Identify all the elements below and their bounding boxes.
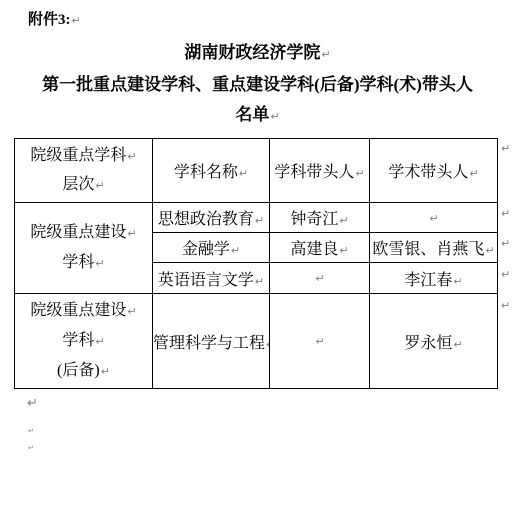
paragraph-mark-icon: ↵ <box>484 244 494 257</box>
title-text: 湖南财政经济学院 <box>184 43 320 62</box>
paragraph-mark-icon: ↵ <box>269 110 279 123</box>
paragraph-mark-icon: ↵ <box>452 275 462 288</box>
document-subtitle: 第一批重点建设学科、重点建设学科(后备)学科(术)带头人 <box>0 73 515 97</box>
table-row: 院级重点建设↵ 学科↵ (后备)↵ 管理科学与工程↵ ↵ 罗永恒↵ <box>15 294 498 389</box>
header-cell-level: 院级重点学科↵ 层次↵ <box>15 139 153 203</box>
subject-leader-cell: 钟奇江↵ <box>270 203 370 233</box>
paragraph-mark-icon: ↵ <box>94 179 104 192</box>
table-row: 院级重点建设↵ 学科↵ 思想政治教育↵ 钟奇江↵ ↵ <box>15 203 498 233</box>
subject-leader-cell: ↵ <box>270 294 370 389</box>
paragraph-mark-icon: ↵ <box>28 445 34 452</box>
paragraph-mark-icon: ↵ <box>452 338 462 351</box>
subject-cell: 金融学↵ <box>153 233 270 263</box>
subject-leader-cell: ↵ <box>270 263 370 294</box>
paragraph-mark-icon: ↵ <box>27 397 38 410</box>
academic-leader-cell: ↵ <box>370 203 498 233</box>
document-subtitle-line2: 名单↵ <box>0 103 515 129</box>
header-level-line2: 层次↵ <box>15 171 152 200</box>
paragraph-mark-icon: ↵ <box>230 244 240 257</box>
document-title: 湖南财政经济学院↵ <box>0 41 515 67</box>
paragraph-mark-icon: ↵ <box>468 167 478 180</box>
end-of-row-mark-icon: ↵ <box>501 208 510 219</box>
paragraph-mark-icon: ↵ <box>238 167 248 180</box>
subtitle-text: 第一批重点建设学科、重点建设学科(后备)学科(术)带头人 <box>42 75 473 94</box>
table-header-row: 院级重点学科↵ 层次↵ 学科名称↵ 学科带头人↵ 学术带头人↵ <box>15 139 498 203</box>
subtitle-line2-text: 名单 <box>235 105 269 124</box>
group1-level-line2: 学科↵ <box>15 248 152 278</box>
paragraph-mark-icon: ↵ <box>254 275 264 288</box>
paragraph-mark-icon: ↵ <box>126 305 136 318</box>
subject-cell: 思想政治教育↵ <box>153 203 270 233</box>
group1-level-cell: 院级重点建设↵ 学科↵ <box>15 203 153 294</box>
group2-level-cell: 院级重点建设↵ 学科↵ (后备)↵ <box>15 294 153 389</box>
paragraph-mark-icon: ↵ <box>94 335 104 348</box>
academic-leader-cell: 罗永恒↵ <box>370 294 498 389</box>
group2-level-line1: 院级重点建设↵ <box>15 296 152 326</box>
paragraph-mark-icon: ↵ <box>428 212 438 225</box>
subject-cell: 管理科学与工程↵ <box>153 294 270 389</box>
end-of-row-mark-icon: ↵ <box>501 238 510 249</box>
paragraph-mark-icon: ↵ <box>354 167 364 180</box>
group2-level-line2: 学科↵ <box>15 326 152 356</box>
group1-level-line1: 院级重点建设↵ <box>15 218 152 248</box>
header-cell-academic-leader: 学术带头人↵ <box>370 139 498 203</box>
paragraph-mark-icon: ↵ <box>314 335 324 348</box>
academic-leader-cell: 欧雪银、肖燕飞↵ <box>370 233 498 263</box>
header-cell-subject: 学科名称↵ <box>153 139 270 203</box>
paragraph-mark-icon: ↵ <box>126 150 136 163</box>
attachment-text: 附件3: <box>28 12 71 28</box>
academic-leader-cell: 李江春↵ <box>370 263 498 294</box>
paragraph-mark-icon: ↵ <box>265 338 269 351</box>
discipline-leaders-table: 院级重点学科↵ 层次↵ 学科名称↵ 学科带头人↵ 学术带头人↵ 院级重点建设↵ … <box>14 138 498 389</box>
end-of-row-mark-icon: ↵ <box>501 143 510 154</box>
subject-cell: 英语语言文学↵ <box>153 263 270 294</box>
paragraph-mark-icon: ↵ <box>28 428 34 435</box>
document-page: 附件3:↵ 湖南财政经济学院↵ 第一批重点建设学科、重点建设学科(后备)学科(术… <box>0 0 515 531</box>
paragraph-mark-icon: ↵ <box>126 227 136 240</box>
end-of-row-mark-icon: ↵ <box>501 269 510 280</box>
subject-leader-cell: 高建良↵ <box>270 233 370 263</box>
attachment-label: 附件3:↵ <box>28 10 81 31</box>
paragraph-mark-icon: ↵ <box>320 48 330 61</box>
paragraph-mark-icon: ↵ <box>254 214 264 227</box>
paragraph-mark-icon: ↵ <box>338 214 348 227</box>
header-cell-subject-leader: 学科带头人↵ <box>270 139 370 203</box>
paragraph-mark-icon: ↵ <box>100 365 110 378</box>
header-level-line1: 院级重点学科↵ <box>15 142 152 171</box>
paragraph-mark-icon: ↵ <box>314 272 324 285</box>
paragraph-mark-icon: ↵ <box>71 14 81 27</box>
group2-level-line3: (后备)↵ <box>15 356 152 386</box>
end-of-row-mark-icon: ↵ <box>501 300 510 311</box>
paragraph-mark-icon: ↵ <box>94 257 104 270</box>
paragraph-mark-icon: ↵ <box>338 244 348 257</box>
